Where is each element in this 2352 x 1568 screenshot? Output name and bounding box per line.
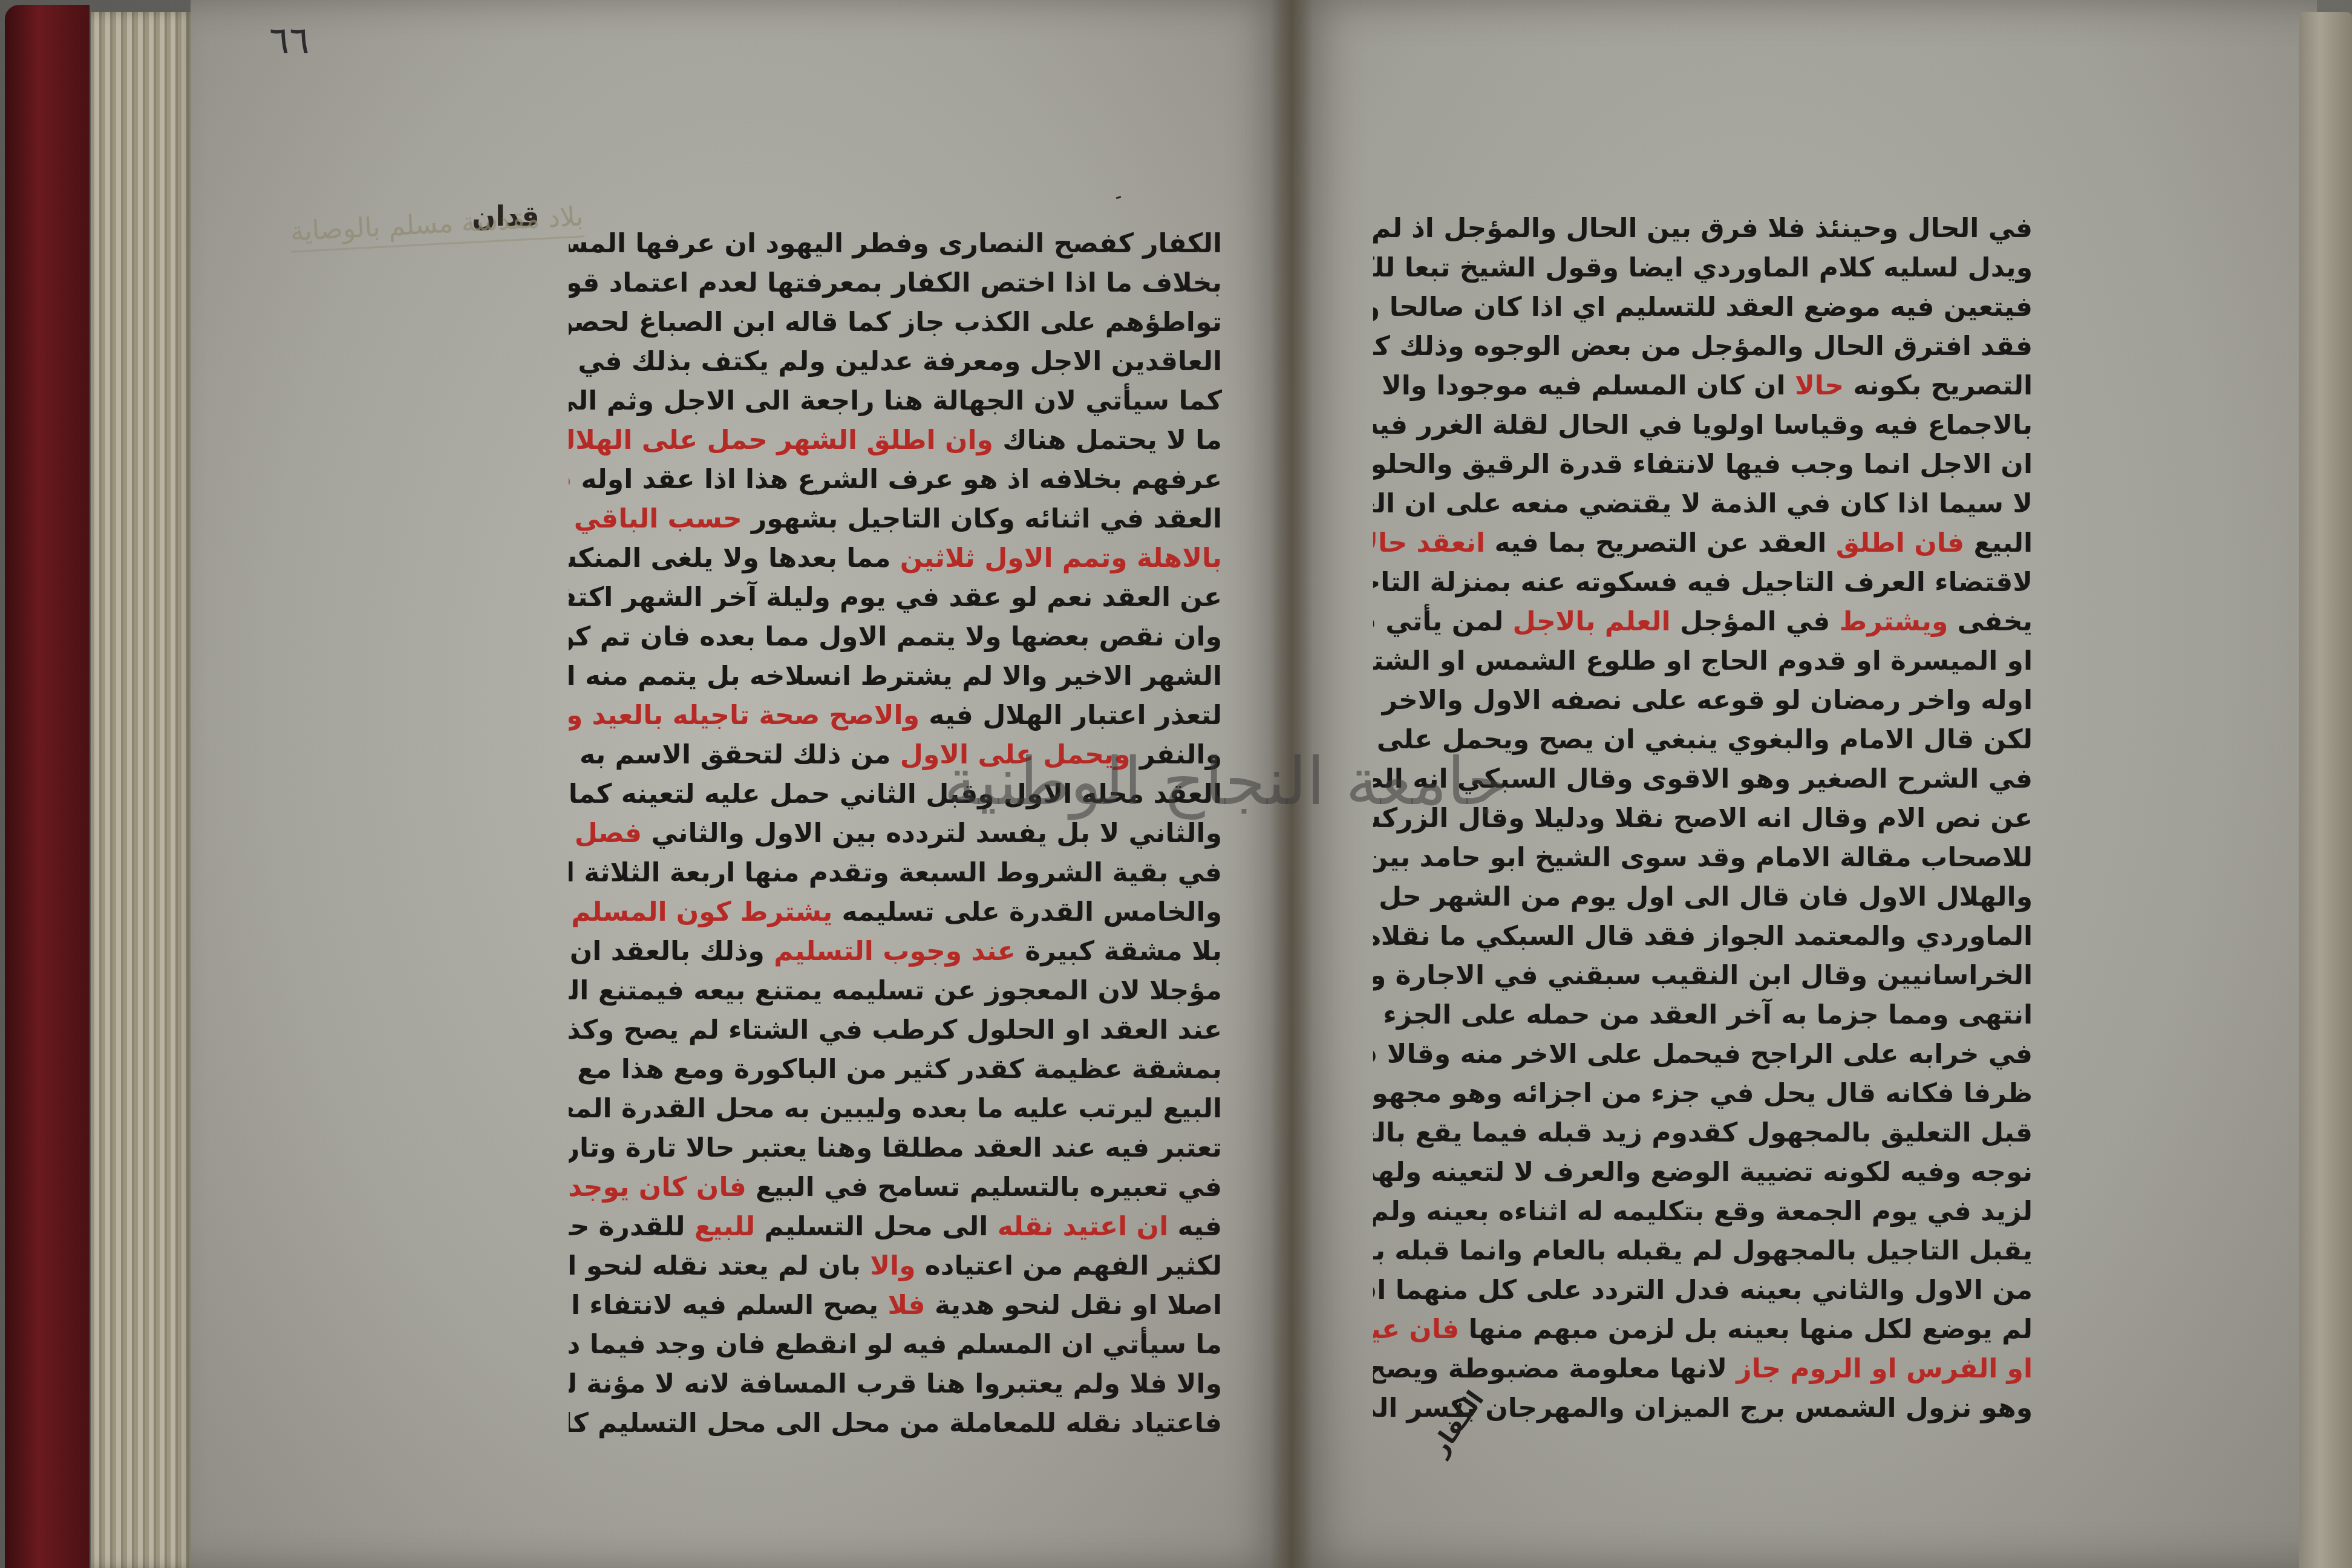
manuscript-line: مؤجلا لان المعجوز عن تسليمه يمتنع بيعه ف…: [569, 971, 1222, 1010]
manuscript-line: العقد في اثنائه وكان التاجيل بشهور حسب ا…: [569, 499, 1222, 538]
manuscript-line: بلا مشقة كبيرة عند وجوب التسليم وذلك بال…: [569, 932, 1222, 971]
manuscript-line: في الحال وحينئذ فلا فرق بين الحال والمؤج…: [1373, 209, 2033, 248]
manuscript-line: العاقدين الاجل ومعرفة عدلين ولم يكتف بذل…: [569, 342, 1222, 381]
manuscript-line: بخلاف ما اذا اختص الكفار بمعرفتها لعدم ا…: [569, 263, 1222, 302]
rubric-text: ويشترط: [1840, 606, 1949, 637]
manuscript-line: لا سيما اذا كان في الذمة لا يقتضي منعه ع…: [1373, 484, 2033, 523]
manuscript-line: ان الاجل انما وجب فيها لانتفاء قدرة الرق…: [1373, 445, 2033, 484]
body-text: تعتبر فيه عند العقد مطلقا وهنا يعتبر حال…: [569, 1132, 1222, 1163]
manuscript-line: في خرابه على الراجح فيحمل على الاخر منه …: [1373, 1034, 2033, 1074]
body-text: نوجه وفيه لكونه تضيية الوضع والعرف لا لت…: [1373, 1157, 2033, 1187]
body-text: من الاول والثاني بعينه فدل التردد على كل…: [1373, 1275, 2033, 1305]
body-text: الماوردي والمعتمد الجواز فقد قال السبكي …: [1373, 921, 2033, 952]
manuscript-line: بالاهلة وتمم الاول ثلاثين مما بعدها ولا …: [569, 538, 1222, 578]
body-text: في تعبيره بالتسليم تسامح في البيع: [746, 1172, 1222, 1203]
body-text: في المؤجل: [1671, 606, 1840, 637]
body-text: للاصحاب مقالة الامام وقد سوى الشيخ ابو ح…: [1373, 842, 2033, 873]
rubric-text: والاصح صحة تاجيله بالعيد وجمادى: [569, 700, 920, 731]
body-text: التصريح بكونه: [1844, 370, 2033, 401]
body-text: الشهر الاخير والا لم يشترط انسلاخه بل يت…: [569, 661, 1222, 691]
folio-number: ٦٦: [269, 18, 310, 62]
body-text: عند العقد او الحلول كرطب في الشتاء لم يص…: [569, 1014, 1222, 1045]
body-text: الخراسانيين وقال ابن النقيب سبقني في الا…: [1373, 960, 2033, 991]
rubric-text: والا: [870, 1250, 915, 1281]
manuscript-line: قبل التعليق بالمجهول كقدوم زيد قبله فيما…: [1373, 1113, 2033, 1152]
body-text: ويدل لسليه كلام الماوردي ايضا وقول الشيخ…: [1373, 252, 2033, 283]
body-text: بان لم يعتد نقله لنحو البيع بان نقل له ن…: [569, 1250, 870, 1281]
body-text: فيتعين فيه موضع العقد للتسليم اي اذا كان…: [1373, 292, 2033, 322]
manuscript-line: الكفار كفصح النصارى وفطر اليهود ان عرفها…: [569, 224, 1222, 263]
body-text: اوله واخر رمضان لو قوعه على نصفه الاول و…: [1373, 685, 2033, 716]
rubric-text: بالاهلة وتمم الاول ثلاثين: [900, 543, 1222, 573]
manuscript-line: انتهى ومما جزما به آخر العقد من حمله على…: [1373, 995, 2033, 1034]
manuscript-line: البيع فان اطلق العقد عن التصريح بما فيه …: [1373, 523, 2033, 563]
manuscript-line: فيتعين فيه موضع العقد للتسليم اي اذا كان…: [1373, 287, 2033, 327]
manuscript-line: الشهر الاخير والا لم يشترط انسلاخه بل يت…: [569, 656, 1222, 696]
manuscript-line: في تعبيره بالتسليم تسامح في البيع فان كا…: [569, 1168, 1222, 1207]
manuscript-line: كما سيأتي لان الجهالة هنا راجعة الى الاج…: [569, 381, 1222, 420]
watermark: جامعة النجاح الوطنية: [944, 744, 1508, 820]
manuscript-line: للاصحاب مقالة الامام وقد سوى الشيخ ابو ح…: [1373, 838, 2033, 877]
body-text: لمن يأتي فلو لم يكن معلوما لم يصح كالى ا…: [1373, 606, 1513, 637]
body-text: في خرابه على الراجح فيحمل على الاخر منه …: [1373, 1039, 2033, 1070]
body-text: عرفهم بخلافه اذ هو عرف الشرع هذا اذا عقد…: [572, 464, 1222, 495]
body-text: ما لا يحتمل هناك: [993, 425, 1222, 456]
manuscript-line: بالاجماع فيه وقياسا اولويا في الحال لقلة…: [1373, 405, 2033, 445]
rubric-text: يشترط كون المسلم فيه مقدورا على تسليمه: [569, 897, 832, 927]
manuscript-line: والهلال الاول فان قال الى اول يوم من الش…: [1373, 877, 2033, 916]
body-text: مما بعدها ولا يلغى المنكسر لئلا يتأخر اب…: [569, 543, 900, 573]
body-text: للقدرة حينئذ عليه ونحو البيع الزيادة: [569, 1211, 694, 1242]
body-text: لزيد في يوم الجمعة وقع بتكليمه له اثناءه…: [1373, 1196, 2033, 1227]
body-text: ان كان المسلم فيه موجودا والا تعين كونه …: [1373, 370, 1795, 401]
manuscript-line: عن العقد نعم لو عقد في يوم وليلة آخر الش…: [569, 578, 1222, 617]
body-text: الى محل التسليم: [755, 1211, 997, 1242]
body-text: من ذلك لتحقق الاسم به فيحل باول جزء منه …: [569, 739, 900, 770]
manuscript-line: اصلا او نقل لنحو هدية فلا يصح السلم فيه …: [569, 1285, 1222, 1325]
manuscript-line: لم يوضع لكل منها بعينه بل لزمن مبهم منها…: [1373, 1310, 2033, 1349]
manuscript-line: من الاول والثاني بعينه فدل التردد على كل…: [1373, 1270, 2033, 1310]
book-cover-spine: [5, 5, 90, 1568]
body-text: لتعذر اعتبار الهلال فيه: [920, 700, 1222, 731]
manuscript-line: نوجه وفيه لكونه تضيية الوضع والعرف لا لت…: [1373, 1152, 2033, 1192]
body-text: تواطؤهم على الكذب جاز كما قاله ابن الصبا…: [569, 307, 1222, 338]
manuscript-line: ويدل لسليه كلام الماوردي ايضا وقول الشيخ…: [1373, 248, 2033, 287]
body-text: والخامس القدرة على تسليمه: [832, 897, 1222, 927]
manuscript-line: عند العقد او الحلول كرطب في الشتاء لم يص…: [569, 1010, 1222, 1050]
body-text: وذلك بالعقد ان كان حالا وبالحلول ان كان: [569, 936, 774, 967]
manuscript-line: عرفهم بخلافه اذ هو عرف الشرع هذا اذا عقد…: [569, 460, 1222, 499]
manuscript-line: الماوردي والمعتمد الجواز فقد قال السبكي …: [1373, 916, 2033, 956]
rubric-text: حالا: [1795, 370, 1844, 401]
manuscript-line: ما لا يحتمل هناك وان اطلق الشهر حمل على …: [569, 420, 1222, 460]
manuscript-line: فيه ان اعتيد نقله الى محل التسليم للبيع …: [569, 1207, 1222, 1246]
body-text: البيع ليرتب عليه ما بعده وليبين به محل ا…: [569, 1093, 1222, 1124]
manuscript-line: بمشقة عظيمة كقدر كثير من الباكورة ومع هذ…: [569, 1050, 1222, 1089]
manuscript-line: يقبل التاجيل بالمجهول لم يقبله بالعام وا…: [1373, 1231, 2033, 1270]
body-text: الكفار كفصح النصارى وفطر اليهود ان عرفها…: [569, 228, 1222, 259]
body-text: ما سيأتي ان المسلم فيه لو انقطع فان وجد …: [569, 1329, 1222, 1360]
body-text: العقد عن التصريح بما فيه: [1485, 528, 1836, 558]
rubric-text: للبيع: [694, 1211, 755, 1242]
body-text: لاقتضاء العرف التاجيل فيه فسكوته عنه بمن…: [1373, 567, 2033, 598]
rubric-text: فصل: [575, 818, 642, 849]
body-text: يخفى: [1948, 606, 2033, 637]
body-text: مؤجلا لان المعجوز عن تسليمه يمتنع بيعه ف…: [569, 975, 1222, 1006]
manuscript-line: والا فلا ولم يعتبروا هنا قرب المسافة لان…: [569, 1364, 1222, 1403]
body-text: العاقدين الاجل ومعرفة عدلين ولم يكتف بذل…: [569, 346, 1222, 377]
body-text: في بقية الشروط السبعة وتقدم منها اربعة ا…: [569, 857, 1222, 888]
manuscript-line: اوله واخر رمضان لو قوعه على نصفه الاول و…: [1373, 681, 2033, 720]
body-text: عن العقد نعم لو عقد في يوم وليلة آخر الش…: [569, 582, 1222, 613]
body-text: فاعتياد نقله للمعاملة من محل الى محل الت…: [569, 1408, 1222, 1439]
rubric-text: العلم بالاجل: [1513, 606, 1671, 637]
rubric-text: فلا: [887, 1290, 925, 1321]
manuscript-line: فقد افترق الحال والمؤجل من بعض الوجوه وذ…: [1373, 327, 2033, 366]
body-text: والا فلا ولم يعتبروا هنا قرب المسافة لان…: [569, 1368, 1222, 1399]
manuscript-line: البيع ليرتب عليه ما بعده وليبين به محل ا…: [569, 1089, 1222, 1128]
body-text: فيه: [1168, 1211, 1222, 1242]
rubric-text: وان اطلق الشهر حمل على الهلالي: [569, 425, 993, 456]
body-text: وان نقص بعضها ولا يتمم الاول مما بعده فا…: [569, 621, 1222, 652]
body-text: يقبل التاجيل بالمجهول لم يقبله بالعام وا…: [1373, 1235, 2033, 1266]
manuscript-line: لاقتضاء العرف التاجيل فيه فسكوته عنه بمن…: [1373, 563, 2033, 602]
manuscript-line: او الميسرة او قدوم الحاج او طلوع الشمس ا…: [1373, 641, 2033, 681]
manuscript-line: الخراسانيين وقال ابن النقيب سبقني في الا…: [1373, 956, 2033, 995]
rubric-text: فان كان يوجد ببلد آخر: [569, 1172, 746, 1203]
manuscript-line: لزيد في يوم الجمعة وقع بتكليمه له اثناءه…: [1373, 1192, 2033, 1231]
rubric-text: فان عين: [1373, 1314, 1459, 1345]
body-text: بمشقة عظيمة كقدر كثير من الباكورة ومع هذ…: [569, 1054, 1222, 1085]
body-text: كما سيأتي لان الجهالة هنا راجعة الى الاج…: [569, 385, 1222, 416]
body-text: بالاجماع فيه وقياسا اولويا في الحال لقلة…: [1373, 410, 2033, 440]
manuscript-line: ظرفا فكانه قال يحل في جزء من اجزائه وهو …: [1373, 1074, 2033, 1113]
manuscript-photo: ٦٦ قدان بلاد مقدسة مسلم بالوصاية الكفار …: [0, 0, 2352, 1568]
body-text: بخلاف ما اذا اختص الكفار بمعرفتها لعدم ا…: [569, 267, 1222, 298]
body-text: يصح السلم فيه لانتفاء القدرة عليه وكما ي…: [569, 1290, 887, 1321]
body-text: لم يوضع لكل منها بعينه بل لزمن مبهم منها: [1459, 1314, 2033, 1345]
body-text: ظرفا فكانه قال يحل في جزء من اجزائه وهو …: [1373, 1078, 2033, 1109]
body-text: البيع: [1964, 528, 2033, 558]
manuscript-line: يخفى ويشترط في المؤجل العلم بالاجل لمن ي…: [1373, 602, 2033, 641]
body-text: لكثير الفهم من اعتياده: [916, 1250, 1222, 1281]
manuscript-line: في بقية الشروط السبعة وتقدم منها اربعة ا…: [569, 853, 1222, 892]
left-page-text: الكفار كفصح النصارى وفطر اليهود ان عرفها…: [569, 224, 1222, 1443]
body-text: والهلال الاول فان قال الى اول يوم من الش…: [1373, 881, 2033, 912]
rubric-text: ان اعتيد نقله: [998, 1211, 1169, 1242]
body-text: بلا مشقة كبيرة: [1016, 936, 1222, 967]
manuscript-line: تعتبر فيه عند العقد مطلقا وهنا يعتبر حال…: [569, 1128, 1222, 1168]
manuscript-line: تواطؤهم على الكذب جاز كما قاله ابن الصبا…: [569, 302, 1222, 342]
body-text: لانها معلومة مضبوطة ويصح التاقيت بالنيرو…: [1373, 1353, 1736, 1384]
rubric-text: فان اطلق: [1836, 528, 1964, 558]
manuscript-line: لتعذر اعتبار الهلال فيه والاصح صحة تاجيل…: [569, 696, 1222, 735]
body-text: لا سيما اذا كان في الذمة لا يقتضي منعه ع…: [1373, 488, 2033, 519]
rubric-text: حسب الباقي: [574, 503, 742, 534]
page-edges-right: [2299, 12, 2352, 1568]
manuscript-line: او الفرس او الروم جاز لانها معلومة مضبوط…: [1373, 1349, 2033, 1388]
manuscript-line: فاعتياد نقله للمعاملة من محل الى محل الت…: [569, 1403, 1222, 1443]
manuscript-line: وان نقص بعضها ولا يتمم الاول مما بعده فا…: [569, 617, 1222, 656]
manuscript-line: لكثير الفهم من اعتياده والا بان لم يعتد …: [569, 1246, 1222, 1285]
body-text: انتهى ومما جزما به آخر العقد من حمله على…: [1373, 999, 2033, 1030]
rubric-text: انعقد حالا: [1373, 528, 1485, 558]
rubric-text: او الفرس او الروم جاز: [1736, 1353, 2033, 1384]
body-text: فقد افترق الحال والمؤجل من بعض الوجوه وذ…: [1373, 331, 2033, 362]
manuscript-line: التصريح بكونه حالا ان كان المسلم فيه موج…: [1373, 366, 2033, 405]
body-text: العقد في اثنائه وكان التاجيل بشهور: [742, 503, 1222, 534]
body-text: والثاني لا بل يفسد لتردده بين الاول والث…: [642, 818, 1222, 849]
manuscript-line: والخامس القدرة على تسليمه يشترط كون المس…: [569, 892, 1222, 932]
page-edges-left: [91, 12, 194, 1568]
body-text: اصلا او نقل لنحو هدية: [926, 1290, 1222, 1321]
body-text: في الحال وحينئذ فلا فرق بين الحال والمؤج…: [1373, 213, 2033, 244]
body-text: ان الاجل انما وجب فيها لانتفاء قدرة الرق…: [1373, 449, 2033, 480]
body-text: قبل التعليق بالمجهول كقدوم زيد قبله فيما…: [1373, 1117, 2033, 1148]
body-text: او الميسرة او قدوم الحاج او طلوع الشمس ا…: [1373, 645, 2033, 676]
rubric-text: عند وجوب التسليم: [774, 936, 1016, 967]
manuscript-line: ما سيأتي ان المسلم فيه لو انقطع فان وجد …: [569, 1325, 1222, 1364]
body-text: بعد الاول المنكسر: [569, 503, 574, 534]
